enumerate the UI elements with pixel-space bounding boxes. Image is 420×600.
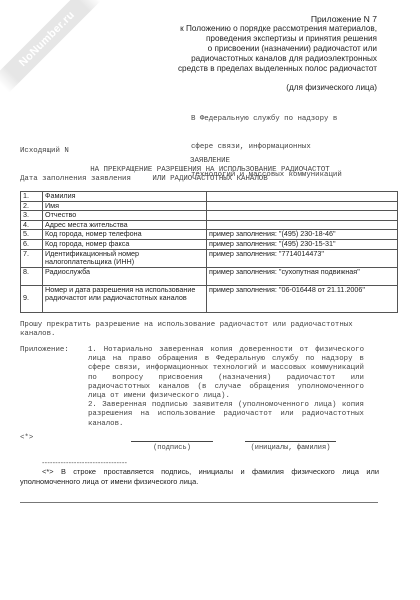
document-title-line: НА ПРЕКРАЩЕНИЕ РАЗРЕШЕНИЯ НА ИСПОЛЬЗОВАН… (20, 166, 400, 175)
appendix-header: Приложение N 7 к Положению о порядке рас… (178, 14, 377, 74)
attachments-list: 1. Нотариально заверенная копия доверенн… (88, 346, 364, 429)
row-number: 6. (21, 239, 43, 249)
table-row: 3. Отчество (21, 211, 398, 221)
row-label: Радиослужба (43, 267, 207, 285)
bottom-divider (20, 502, 378, 503)
row-value-field[interactable]: пример заполнения: "7714014473" (207, 249, 398, 267)
addressee-line: сфере связи, информационных (191, 143, 342, 152)
signature-marker: <*> (20, 434, 33, 442)
name-caption: (инициалы, фамилия) (245, 444, 336, 452)
row-number: 9. (21, 285, 43, 312)
appendix-line: средств в пределах выделенных полос ради… (178, 64, 377, 74)
row-number: 7. (21, 249, 43, 267)
row-label: Номер и дата разрешения на использование… (43, 285, 207, 312)
signature-caption: (подпись) (131, 444, 213, 452)
row-value-field[interactable] (207, 192, 398, 202)
attachment-item: 1. Нотариально заверенная копия доверенн… (88, 346, 364, 401)
appendix-line: радиочастотных каналов для радиоэлектрон… (178, 54, 377, 64)
name-line[interactable] (245, 441, 336, 442)
row-label: Фамилия (43, 192, 207, 202)
row-value-field[interactable] (207, 211, 398, 221)
footnote-separator: -------------------------------- (42, 458, 127, 467)
appendix-title: Приложение N 7 (178, 14, 377, 24)
table-row: 1. Фамилия (21, 192, 398, 202)
applicant-type: (для физического лица) (286, 83, 377, 92)
attachment-item: 2. Заверенная подписью заявителя (уполно… (88, 401, 364, 429)
document-title-line: ИЛИ РАДИОЧАСТОТНЫХ КАНАЛОВ (20, 175, 400, 184)
document-title: ЗАЯВЛЕНИЕ НА ПРЕКРАЩЕНИЕ РАЗРЕШЕНИЯ НА И… (20, 157, 400, 185)
watermark: NoNumber.ru (0, 0, 101, 93)
table-row: 2. Имя (21, 201, 398, 211)
table-row: 6. Код города, номер факса пример заполн… (21, 239, 398, 249)
row-value-field[interactable]: пример заполнения: "(495) 230-15-31" (207, 239, 398, 249)
request-text: Прошу прекратить разрешение на использов… (20, 321, 392, 339)
attachments-label: Приложение: (20, 346, 69, 354)
table-row: 7. Идентификационный номер налогоплатель… (21, 249, 398, 267)
row-value-field[interactable]: пример заполнения: "06-016448 от 21.11.2… (207, 285, 398, 312)
row-label: Отчество (43, 211, 207, 221)
row-value-field[interactable]: пример заполнения: "сухопутная подвижная… (207, 267, 398, 285)
document-title-line: ЗАЯВЛЕНИЕ (20, 157, 400, 166)
row-number: 3. (21, 211, 43, 221)
appendix-line: к Положению о порядке рассмотрения матер… (178, 24, 377, 34)
row-value-field[interactable] (207, 201, 398, 211)
table-row: 9. Номер и дата разрешения на использова… (21, 285, 398, 312)
footnote-text: <*> В строке проставляется подпись, иниц… (20, 467, 379, 486)
appendix-line: о присвоении (назначении) радиочастот ил… (178, 44, 377, 54)
row-number: 1. (21, 192, 43, 202)
signature-line[interactable] (131, 441, 213, 442)
row-label: Идентификационный номер налогоплательщик… (43, 249, 207, 267)
table-row: 8. Радиослужба пример заполнения: "сухоп… (21, 267, 398, 285)
applicant-form-table: 1. Фамилия 2. Имя 3. Отчество 4. Адрес м… (20, 191, 398, 313)
row-label: Код города, номер факса (43, 239, 207, 249)
addressee-line: В Федеральную службу по надзору в (191, 115, 342, 124)
outgoing-number: Исходящий N (20, 147, 131, 156)
row-number: 8. (21, 267, 43, 285)
appendix-line: проведения экспертизы и принятия решения (178, 34, 377, 44)
